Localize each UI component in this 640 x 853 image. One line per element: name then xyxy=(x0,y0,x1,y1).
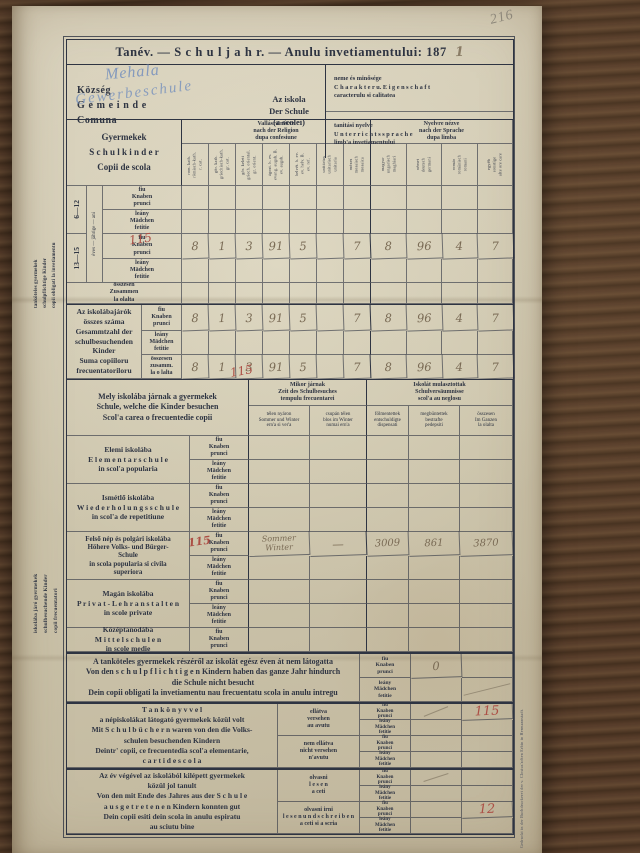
data-cell-absence-total: 3870 xyxy=(460,531,514,557)
option-read-write-label: olvasni irni l e s e n u n d s c h r e i… xyxy=(278,802,360,834)
language-col-egyeb: egyéb sonstige alte ore care xyxy=(486,153,503,176)
religion-column-header: ágost. h. ev. evang. augsb. B. ev. augsb… xyxy=(263,144,290,186)
data-cell: 7 xyxy=(344,355,372,380)
data-cell: 4 xyxy=(442,233,478,259)
cell xyxy=(249,628,310,652)
school-type-private: Magán iskolába P r i v a t - L e h r a n… xyxy=(67,580,190,628)
cell xyxy=(209,259,236,283)
cell xyxy=(317,259,344,283)
age-group-13-15: 13—15 xyxy=(67,234,87,283)
cell xyxy=(460,580,513,604)
cell xyxy=(344,331,371,355)
cell xyxy=(411,678,462,702)
data-cell-winter-only: — xyxy=(310,531,368,557)
data-cell-punished: 861 xyxy=(409,531,461,557)
pen-stroke xyxy=(423,773,448,782)
cell xyxy=(407,259,443,283)
language-column-header: egyéb sonstige alte ore care xyxy=(478,144,514,186)
cell xyxy=(407,331,443,355)
cell xyxy=(290,259,317,283)
data-cell: 7 xyxy=(477,354,513,379)
religion-column-header: gör. keleti griech. oriental. gr. orient… xyxy=(236,144,263,186)
when-column-header: csupán télen blos im Winter numai ern'a xyxy=(310,406,367,436)
printer-imprint: Gedruckt in der Buchdruckerei der v. Clo… xyxy=(520,576,524,848)
data-cell-read-write-boys: 12 xyxy=(462,801,514,819)
cell xyxy=(462,654,513,678)
cell xyxy=(462,818,513,834)
absence-column-header: összesen Im Ganzen la olalta xyxy=(460,406,513,436)
school-type-higher-burger: Felső nép és polgári iskolába Höhere Vol… xyxy=(67,532,190,580)
photo-background: 216 tanköteles gyermekek schulpflichtige… xyxy=(0,0,640,853)
left-school-section: Az év végével az iskolából kilépett gyer… xyxy=(67,768,513,834)
schools-section-header: Mely iskolába járnak a gyermekek Schule,… xyxy=(67,379,513,436)
cell xyxy=(407,283,443,304)
cell xyxy=(290,331,317,355)
data-cell: 96 xyxy=(406,304,442,331)
not-attended-section: A tanköteles gyermekek részéről az iskol… xyxy=(67,652,513,702)
data-cell: 5 xyxy=(290,234,318,260)
religion-col-helvet: helvét. h. ev. ev. helv. B. ev. ref. xyxy=(294,152,311,176)
data-cell: 8 xyxy=(371,304,407,331)
years-label: éves — jährige — ani xyxy=(92,212,98,256)
form-body: 115 115 Tanév. — S c h u l j a h r. — An… xyxy=(66,39,514,835)
pen-stroke xyxy=(464,683,511,696)
language-column-header: német deutsch germani xyxy=(407,144,443,186)
school-type-elementary: Elemi iskolába E l e m e n t a r s c h u… xyxy=(67,436,190,484)
cell xyxy=(411,720,462,736)
religion-col-gor-kath: gör. kath. griechisch-kath. gr. cat. xyxy=(213,149,230,179)
cell xyxy=(263,210,290,234)
language-group-header: Nyelvre nézve nach der Sprache dupa limb… xyxy=(371,120,513,144)
data-cell-not-attended-boys: 0 xyxy=(411,653,463,679)
attendance-section: Az iskolábajárók összes száma Gesammtzah… xyxy=(67,304,513,379)
cell xyxy=(236,210,263,234)
cell xyxy=(290,283,317,304)
cell xyxy=(478,186,514,210)
cell xyxy=(182,331,209,355)
cell xyxy=(310,436,367,460)
schools-header-label: Mely iskolába járnak a gyermekek Schule,… xyxy=(67,380,249,436)
boys-row-label-text: fiu Knaben prunci xyxy=(209,533,229,554)
cell xyxy=(411,736,462,752)
boys-row-label: fiu Knaben prunci xyxy=(360,704,411,720)
data-cell xyxy=(317,355,345,380)
cell xyxy=(182,186,209,210)
cell xyxy=(263,331,290,355)
cell xyxy=(411,818,462,834)
children-table-header: Gyermekek S c h u l k i n d e r Copii de… xyxy=(67,120,513,186)
option-read-label: olvasni l e s e n a ceti xyxy=(278,770,360,802)
years-label-cell: éves — jährige — ani xyxy=(87,186,103,283)
data-cell: 4 xyxy=(442,304,478,331)
data-cell-provided-boys: 115 xyxy=(462,703,514,721)
paper-sheet: 216 tanköteles gyermekek schulpflichtige… xyxy=(12,6,542,853)
school-type-repetition: Ismétlő iskolába W i e d e r h o l u n g… xyxy=(67,484,190,532)
cell xyxy=(460,460,513,484)
cell xyxy=(249,556,310,580)
sum-row-label: összesen zusamm. la o lalta xyxy=(142,355,182,379)
cell xyxy=(182,259,209,283)
cell xyxy=(367,628,409,652)
cell xyxy=(317,331,344,355)
data-cell: 8 xyxy=(182,305,210,332)
page-number-annotation: 216 xyxy=(488,7,515,28)
schools-section-body: Elemi iskolába E l e m e n t a r s c h u… xyxy=(67,436,513,652)
cell xyxy=(236,259,263,283)
data-cell: 3 xyxy=(236,234,264,260)
cell xyxy=(182,210,209,234)
cell xyxy=(310,556,367,580)
data-cell-excused: 3009 xyxy=(367,531,410,556)
boys-row-label: fiu Knaben prunci xyxy=(190,580,249,604)
boys-row-label: fiu Knaben prunci xyxy=(360,770,411,786)
children-corner-label: Gyermekek S c h u l k i n d e r Copii de… xyxy=(67,120,182,186)
data-cell: 7 xyxy=(477,304,513,331)
cell xyxy=(460,508,513,532)
cell xyxy=(236,283,263,304)
cell xyxy=(462,786,513,802)
data-cell: 7 xyxy=(344,234,372,260)
cell xyxy=(460,628,513,652)
sum-row-label: összesen Zusammen la olalta xyxy=(67,283,182,304)
religion-column-header: unitárius unitarisch unitaria xyxy=(317,144,344,186)
cell xyxy=(236,331,263,355)
when-group-header: Mikor járnak Zeit des Schulbesuches temp… xyxy=(249,380,367,406)
girls-row-label: leány Mädchen fetitie xyxy=(103,259,182,283)
cell xyxy=(407,210,443,234)
data-cell: 7 xyxy=(477,233,513,259)
religion-col-unitarius: unitárius unitarisch unitaria xyxy=(321,155,338,174)
margin-label-school-age-children: tanköteles gyermekek schulpflichtige Kin… xyxy=(32,180,59,308)
cell xyxy=(367,484,409,508)
cell xyxy=(209,331,236,355)
commune-header: Község G e m e i n d e Comuna Mehala Gew… xyxy=(67,65,513,120)
girls-row-label: leány Mädchen fetitie xyxy=(360,752,411,768)
cell xyxy=(344,186,371,210)
cell xyxy=(290,186,317,210)
boys-row-label: fiu Knaben prunci xyxy=(190,436,249,460)
cell xyxy=(409,508,460,532)
religion-column-header: mózes mosaisch mosaica xyxy=(344,144,371,186)
data-cell-season: Sommer Winter xyxy=(249,531,311,557)
cell xyxy=(462,752,513,768)
cell xyxy=(407,186,443,210)
absence-group-header: Iskolát mulasztottak Schulversäumnisse s… xyxy=(367,380,513,406)
age-6-12-label: 6—12 xyxy=(72,200,81,219)
cell xyxy=(367,580,409,604)
boys-row-label: fiu Knaben prunci xyxy=(103,186,182,210)
cell xyxy=(367,556,409,580)
religion-column-header: helvét. h. ev. ev. helv. B. ev. ref. xyxy=(290,144,317,186)
cell xyxy=(310,580,367,604)
cell xyxy=(310,508,367,532)
cell xyxy=(478,283,514,304)
religion-col-mozes: mózes mosaisch mosaica xyxy=(348,156,365,173)
data-cell: 91 xyxy=(263,305,291,332)
cell xyxy=(367,508,409,532)
cell xyxy=(249,580,310,604)
cell xyxy=(409,628,460,652)
absence-column-header: fölmentettek entschuldigte dispensati xyxy=(367,406,409,436)
boys-row-label: fiu Knaben prunci xyxy=(190,484,249,508)
data-cell: 8 xyxy=(182,355,210,380)
absence-column-header: megbüntettek bestrafte pedepsiti xyxy=(409,406,460,436)
boys-row-label: fiu Knaben prunci xyxy=(360,654,411,678)
data-cell: 96 xyxy=(406,233,442,259)
schoolbooks-label: T a n k ö n y v v e l a népiskolákat lát… xyxy=(67,704,278,768)
religion-col-agost: ágost. h. ev. evang. augsb. B. ev. augsb… xyxy=(267,149,284,180)
cell xyxy=(460,604,513,628)
cell xyxy=(371,210,407,234)
girls-row-label: leány Mädchen fetitie xyxy=(190,556,249,580)
religion-col-gor-keleti: gör. keleti griech. oriental. gr. orient… xyxy=(240,150,257,180)
data-cell: 7 xyxy=(344,305,372,332)
language-column-header: román romänisch romani xyxy=(442,144,478,186)
cell xyxy=(462,678,513,702)
cell xyxy=(344,283,371,304)
cell xyxy=(317,186,344,210)
cell xyxy=(209,210,236,234)
girls-row-label: leány Mädchen fetitie xyxy=(142,331,182,355)
girls-row-label: leány Mädchen fetitie xyxy=(360,678,411,702)
cell xyxy=(371,259,407,283)
cell xyxy=(478,210,514,234)
data-cell: 1 xyxy=(209,305,237,332)
cell xyxy=(310,628,367,652)
cell xyxy=(371,186,407,210)
form-title: Tanév. — S c h u l j a h r. — Anulu inve… xyxy=(115,45,446,60)
cell xyxy=(263,186,290,210)
cell xyxy=(409,460,460,484)
cell xyxy=(409,436,460,460)
option-not-provided-label: nem ellátva nicht versehen n'avutu xyxy=(278,736,360,768)
cell xyxy=(310,484,367,508)
cell xyxy=(442,186,478,210)
data-cell xyxy=(317,305,345,332)
data-cell: 5 xyxy=(290,305,318,332)
girls-row-label: leány Mädchen fetitie xyxy=(190,604,249,628)
cell xyxy=(317,210,344,234)
data-cell: 1 xyxy=(209,234,237,260)
cell xyxy=(409,484,460,508)
cell xyxy=(442,259,478,283)
cell xyxy=(409,580,460,604)
cell xyxy=(263,259,290,283)
cell xyxy=(310,604,367,628)
data-cell: 8 xyxy=(371,233,407,259)
cell xyxy=(182,283,209,304)
girls-row-label: leány Mädchen fetitie xyxy=(360,818,411,834)
cell xyxy=(249,508,310,532)
girls-row-label: leány Mädchen fetitie xyxy=(103,210,182,234)
cell xyxy=(460,484,513,508)
cell xyxy=(411,786,462,802)
not-attended-label: A tanköteles gyermekek részéről az iskol… xyxy=(67,654,360,702)
religion-column-header: rom. kath. römisch-kath. r. cat. xyxy=(182,144,209,186)
boys-row-label: fiu Knaben prunci xyxy=(190,628,249,652)
cell xyxy=(367,460,409,484)
cell xyxy=(411,770,462,786)
cell xyxy=(249,460,310,484)
boys-row-label: fiu Knaben prunci xyxy=(142,305,182,331)
girls-row-label: leány Mädchen fetitie xyxy=(360,720,411,736)
data-cell xyxy=(317,234,345,260)
age-group-6-12: 6—12 xyxy=(67,186,87,234)
language-column-header: magyar ungarisch maghiari xyxy=(371,144,407,186)
cell xyxy=(290,210,317,234)
data-cell: 8 xyxy=(371,354,407,379)
cell xyxy=(263,283,290,304)
cell xyxy=(442,331,478,355)
cell xyxy=(249,604,310,628)
when-column-header: télen nyáron Sommer und Winter ern'a si … xyxy=(249,406,310,436)
attendance-label: Az iskolábajárók összes száma Gesammtzah… xyxy=(67,305,142,379)
data-cell: 91 xyxy=(263,355,291,380)
cell xyxy=(409,556,460,580)
cell xyxy=(462,770,513,786)
cell xyxy=(209,186,236,210)
handwritten-year-digit: 1 xyxy=(455,44,465,59)
data-cell: 3 xyxy=(236,305,264,332)
religion-col-rom-kath: rom. kath. römisch-kath. r. cat. xyxy=(186,152,203,178)
religion-group-header: Vallásra nézve nach der Religion dupa co… xyxy=(182,120,371,144)
cell xyxy=(411,802,462,818)
school-character-label: neme és minősége C h a r a k t e r u. E … xyxy=(326,65,513,112)
left-school-label: Az év végével az iskolából kilépett gyer… xyxy=(67,770,278,834)
cell xyxy=(344,210,371,234)
boys-row-label: fiu Knaben prunci xyxy=(360,736,411,752)
cell xyxy=(367,604,409,628)
boys-row-label: fiu Knaben prunci xyxy=(360,802,411,818)
cell xyxy=(411,752,462,768)
option-provided-label: ellátva versehen au avutu xyxy=(278,704,360,736)
cell xyxy=(209,283,236,304)
cell xyxy=(236,186,263,210)
cell xyxy=(442,210,478,234)
cell xyxy=(409,604,460,628)
cell xyxy=(371,283,407,304)
pen-stroke xyxy=(424,706,449,717)
margin-label-attending-children: iskolába járó gyermekek schulbesuchende … xyxy=(32,418,62,633)
religion-column-header: gör. kath. griechisch-kath. gr. cat. xyxy=(209,144,236,186)
language-col-magyar: magyar ungarisch maghiari xyxy=(380,155,397,173)
girls-row-label: leány Mädchen fetitie xyxy=(190,460,249,484)
age-13-15-label: 13—15 xyxy=(72,247,81,270)
cell xyxy=(344,259,371,283)
cell xyxy=(460,556,513,580)
cell xyxy=(371,331,407,355)
data-cell: 96 xyxy=(406,354,442,379)
language-col-nemet: német deutsch germani xyxy=(415,157,432,172)
data-cell: 8 xyxy=(182,234,210,260)
cell xyxy=(478,259,514,283)
girls-row-label: leány Mädchen fetitie xyxy=(190,508,249,532)
cell xyxy=(478,331,514,355)
cell xyxy=(460,436,513,460)
cell xyxy=(317,283,344,304)
cell xyxy=(249,436,310,460)
cell xyxy=(249,484,310,508)
cell xyxy=(442,283,478,304)
language-col-roman: román romänisch romani xyxy=(451,155,468,174)
cell xyxy=(462,736,513,752)
boys-row-label: fiu Knaben prunci 115 xyxy=(190,532,249,556)
cell xyxy=(310,460,367,484)
cell xyxy=(411,704,462,720)
form-border: 115 115 Tanév. — S c h u l j a h r. — An… xyxy=(63,36,515,838)
data-cell: 5 xyxy=(290,355,318,380)
data-cell: 91 xyxy=(263,234,291,260)
girls-row-label: leány Mädchen fetitie xyxy=(360,786,411,802)
cell xyxy=(367,436,409,460)
cell xyxy=(462,720,513,736)
school-type-middle: Középtanodába M i t t e l s c h u l e n … xyxy=(67,628,190,652)
data-cell: 4 xyxy=(442,354,478,379)
schoolbooks-section: T a n k ö n y v v e l a népiskolákat lát… xyxy=(67,702,513,768)
